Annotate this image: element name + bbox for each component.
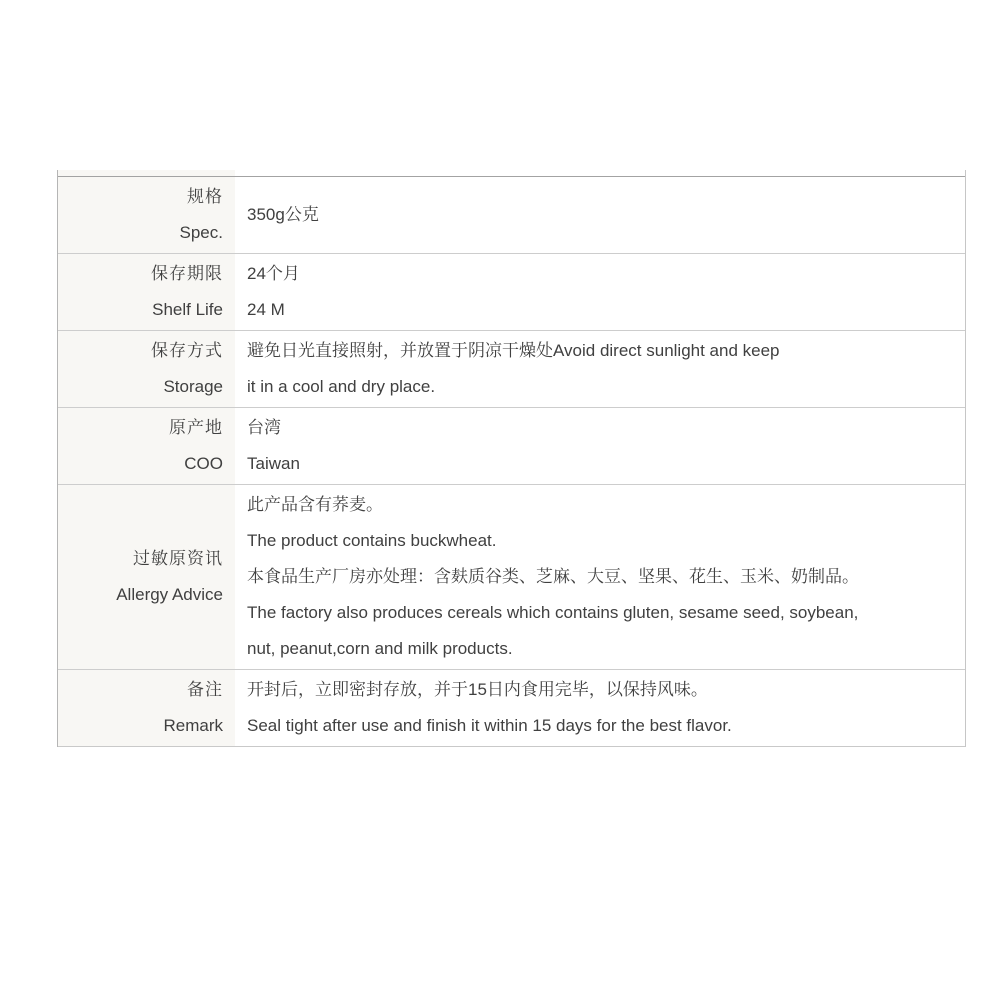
- row-value: 开封后，立即密封存放，并于15日内食用完毕，以保持风味。 Seal tight …: [235, 670, 965, 746]
- page: 规格 Spec. 350g公克 保存期限 Shelf Life 24个月 24 …: [0, 0, 1000, 1000]
- value-line: 此产品含有荞麦。: [247, 487, 951, 523]
- table-row-storage: 保存方式 Storage 避免日光直接照射，并放置于阴凉干燥处Avoid dir…: [58, 330, 965, 407]
- value-line: 24个月: [247, 256, 951, 292]
- value-line: it in a cool and dry place.: [247, 369, 951, 405]
- value-line: Seal tight after use and finish it withi…: [247, 708, 951, 744]
- value-line: The factory also produces cereals which …: [247, 595, 951, 631]
- value-line: 350g公克: [247, 197, 951, 233]
- row-label-zh: 保存方式: [151, 333, 223, 369]
- row-label-zh: 备注: [187, 672, 223, 708]
- row-label-en: COO: [184, 446, 223, 482]
- table-row-coo: 原产地 COO 台湾 Taiwan: [58, 407, 965, 484]
- row-label-zh: 过敏原资讯: [133, 541, 223, 577]
- row-label: 保存方式 Storage: [58, 331, 235, 407]
- row-label-en: Storage: [163, 369, 223, 405]
- value-line: Taiwan: [247, 446, 951, 482]
- row-label-zh: 规格: [187, 179, 223, 215]
- value-line: 台湾: [247, 410, 951, 446]
- row-label: 过敏原资讯 Allergy Advice: [58, 485, 235, 669]
- spec-table: 规格 Spec. 350g公克 保存期限 Shelf Life 24个月 24 …: [58, 176, 965, 747]
- table-row-remark: 备注 Remark 开封后，立即密封存放，并于15日内食用完毕，以保持风味。 S…: [58, 669, 965, 746]
- value-line: 本食品生产厂房亦处理：含麸质谷类、芝麻、大豆、坚果、花生、玉米、奶制品。: [247, 559, 951, 595]
- row-label-zh: 原产地: [169, 410, 223, 446]
- value-line: The product contains buckwheat.: [247, 523, 951, 559]
- value-line: 开封后，立即密封存放，并于15日内食用完毕，以保持风味。: [247, 672, 951, 708]
- value-line: nut, peanut,corn and milk products.: [247, 631, 951, 667]
- row-label-en: Spec.: [180, 215, 223, 251]
- table-row-shelf-life: 保存期限 Shelf Life 24个月 24 M: [58, 253, 965, 330]
- row-label: 原产地 COO: [58, 408, 235, 484]
- row-label: 规格 Spec.: [58, 177, 235, 253]
- row-label-en: Shelf Life: [152, 292, 223, 328]
- row-label: 备注 Remark: [58, 670, 235, 746]
- row-value: 台湾 Taiwan: [235, 408, 965, 484]
- row-value: 此产品含有荞麦。 The product contains buckwheat.…: [235, 485, 965, 669]
- table-row-spec: 规格 Spec. 350g公克: [58, 177, 965, 253]
- row-label-en: Allergy Advice: [116, 577, 223, 613]
- value-line: 24 M: [247, 292, 951, 328]
- row-label: 保存期限 Shelf Life: [58, 254, 235, 330]
- row-value: 24个月 24 M: [235, 254, 965, 330]
- row-value: 350g公克: [235, 177, 965, 253]
- row-value: 避免日光直接照射，并放置于阴凉干燥处Avoid direct sunlight …: [235, 331, 965, 407]
- table-row-allergy-advice: 过敏原资讯 Allergy Advice 此产品含有荞麦。 The produc…: [58, 484, 965, 669]
- cropped-previous-row-label-cell: [58, 170, 235, 176]
- row-label-en: Remark: [163, 708, 223, 744]
- value-line: 避免日光直接照射，并放置于阴凉干燥处Avoid direct sunlight …: [247, 333, 951, 369]
- product-spec-section: 规格 Spec. 350g公克 保存期限 Shelf Life 24个月 24 …: [57, 170, 966, 747]
- row-label-zh: 保存期限: [151, 256, 223, 292]
